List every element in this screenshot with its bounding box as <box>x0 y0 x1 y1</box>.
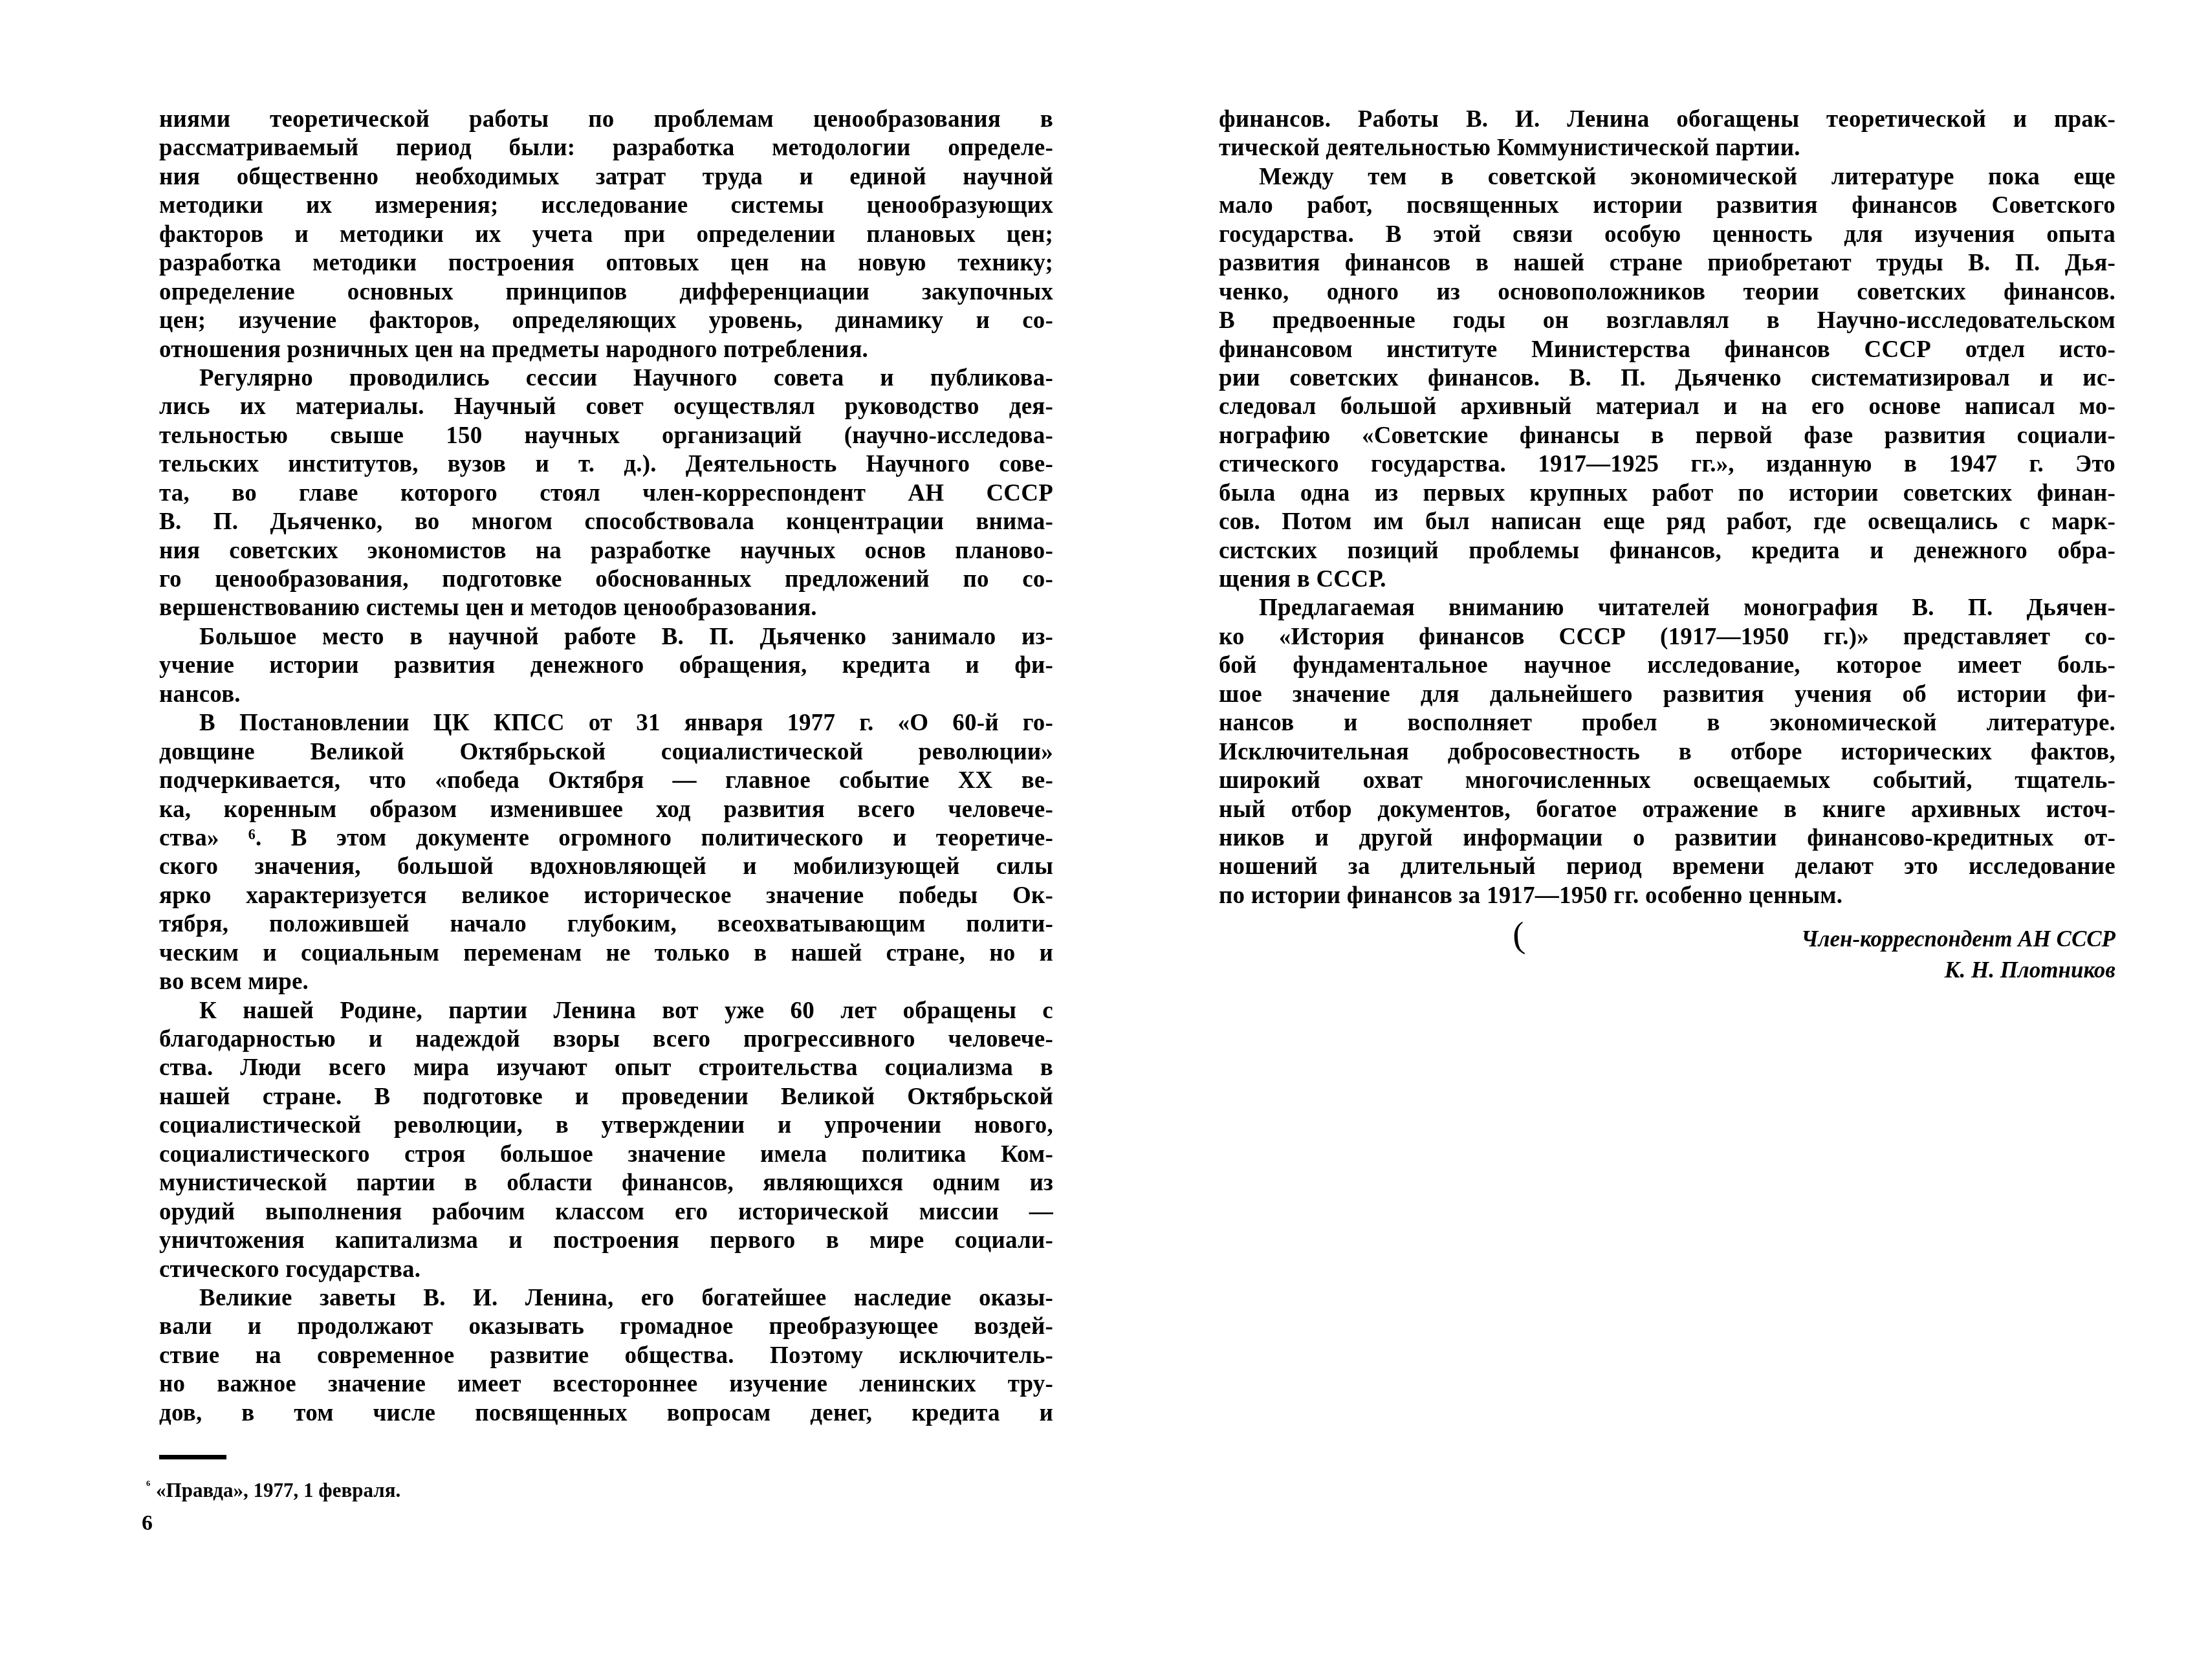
text-line: государства. В этой связи особую ценност… <box>1219 221 2115 249</box>
text-line: бой фундаментальное научное исследование… <box>1219 651 2115 680</box>
text-line: В предвоенные годы он возглавлял в Научн… <box>1219 307 2115 335</box>
text-line: ярко характеризуется великое историческо… <box>159 882 1053 910</box>
text-line: ка, коренным образом изменившее ход разв… <box>159 796 1053 824</box>
text-line: уничтожения капитализма и построения пер… <box>159 1227 1053 1255</box>
text-line: мало работ, посвященных истории развития… <box>1219 191 2115 220</box>
footnote: ⁶ «Правда», 1977, 1 февраля. <box>146 1472 987 1503</box>
text-line: довщине Великой Октябрьской социалистиче… <box>159 738 1053 767</box>
text-line: вали и продолжают оказывать громадное пр… <box>159 1313 1053 1341</box>
text-line: ствие на современное развитие общества. … <box>159 1342 1053 1370</box>
text-line: социалистического строя большое значение… <box>159 1140 1053 1169</box>
text-line: го ценообразования, подготовке обоснован… <box>159 565 1053 594</box>
footnote-marker: ⁶ <box>146 1478 151 1493</box>
text-line: стического государства. <box>159 1256 1053 1284</box>
text-line: нансов и восполняет пробел в экономическ… <box>1219 709 2115 737</box>
text-line: В. П. Дьяченко, во многом способствовала… <box>159 508 1053 536</box>
text-line: К нашей Родине, партии Ленина вот уже 60… <box>159 997 1053 1025</box>
text-line: методики их измерения; исследование сист… <box>159 191 1053 220</box>
text-line: тической деятельностью Коммунистической … <box>1219 134 2115 162</box>
text-line: широкий охват многочисленных освещаемых … <box>1219 767 2115 795</box>
footnote-separator <box>159 1455 226 1459</box>
text-line: Предлагаемая вниманию читателей монограф… <box>1219 594 2115 622</box>
right-page-text: финансов. Работы В. И. Ленина обогащены … <box>1219 105 2115 910</box>
text-line: ского значения, большой вдохновляющей и … <box>159 853 1053 881</box>
text-line: Исключительная добросовестность в отборе… <box>1219 738 2115 767</box>
text-line: социалистической революции, в утверждени… <box>159 1111 1053 1140</box>
text-line: шое значение для дальнейшего развития уч… <box>1219 681 2115 709</box>
left-page-text: ниями теоретической работы по проблемам … <box>159 105 1053 1428</box>
text-line: ния общественно необходимых затрат труда… <box>159 163 1053 191</box>
text-line: систских позиций проблемы финансов, кред… <box>1219 537 2115 565</box>
text-line: рассматриваемый период были: разработка … <box>159 134 1053 162</box>
text-line: благодарностью и надеждой взоры всего пр… <box>159 1025 1053 1054</box>
text-line: Великие заветы В. И. Ленина, его богатей… <box>159 1284 1053 1313</box>
text-line: дов, в том числе посвященных вопросам де… <box>159 1399 1053 1428</box>
text-line: ников и другой информации о развитии фин… <box>1219 824 2115 853</box>
text-line: мунистической партии в области финансов,… <box>159 1169 1053 1197</box>
text-line: ный отбор документов, богатое отражение … <box>1219 796 2115 824</box>
text-line: ченко, одного из основоположников теории… <box>1219 278 2115 307</box>
text-line: ко «История финансов СССР (1917—1950 гг.… <box>1219 623 2115 651</box>
text-line: учение истории развития денежного обраще… <box>159 651 1053 680</box>
text-line: следовал большой архивный материал и на … <box>1219 393 2115 421</box>
text-line: Большое место в научной работе В. П. Дья… <box>159 623 1053 651</box>
text-line: финансов. Работы В. И. Ленина обогащены … <box>1219 105 2115 134</box>
text-line: та, во главе которого стоял член-корресп… <box>159 479 1053 508</box>
text-line: В Постановлении ЦК КПСС от 31 января 197… <box>159 709 1053 737</box>
text-line: Регулярно проводились сессии Научного со… <box>159 364 1053 393</box>
signature-block: Член-корреспондент АН СССР К. Н. Плотник… <box>1219 924 2115 986</box>
text-line: вершенствованию системы цен и методов це… <box>159 594 1053 622</box>
text-line: ческим и социальным переменам не только … <box>159 939 1053 968</box>
text-line: щения в СССР. <box>1219 565 2115 594</box>
signature-name: К. Н. Плотников <box>1219 955 2115 986</box>
text-line: рии советских финансов. В. П. Дьяченко с… <box>1219 364 2115 393</box>
text-line: ства. Люди всего мира изучают опыт строи… <box>159 1054 1053 1082</box>
text-line: по истории финансов за 1917—1950 гг. осо… <box>1219 882 2115 910</box>
text-line: ниями теоретической работы по проблемам … <box>159 105 1053 134</box>
book-spread-scan: ниями теоретической работы по проблемам … <box>0 0 2186 1680</box>
text-line: определение основных принципов дифференц… <box>159 278 1053 307</box>
text-line: сов. Потом им был написан еще ряд работ,… <box>1219 508 2115 536</box>
text-line: финансовом институте Министерства финанс… <box>1219 336 2115 364</box>
text-line: ния советских экономистов на разработке … <box>159 537 1053 565</box>
text-line: ношений за длительный период времени дел… <box>1219 853 2115 881</box>
text-line: отношения розничных цен на предметы наро… <box>159 336 1053 364</box>
text-line: ства» ⁶. В этом документе огромного поли… <box>159 824 1053 853</box>
text-line: лись их материалы. Научный совет осущест… <box>159 393 1053 421</box>
footnote-text: «Правда», 1977, 1 февраля. <box>156 1479 400 1501</box>
text-line: подчеркивается, что «победа Октября — гл… <box>159 767 1053 795</box>
text-line: орудий выполнения рабочим классом его ис… <box>159 1198 1053 1227</box>
text-line: тельностью свыше 150 научных организаций… <box>159 422 1053 450</box>
text-line: факторов и методики их учета при определ… <box>159 221 1053 249</box>
signature-title: Член-корреспондент АН СССР <box>1219 924 2115 955</box>
page-number: 6 <box>142 1511 153 1536</box>
text-line: развития финансов в нашей стране приобре… <box>1219 249 2115 278</box>
text-line: нансов. <box>159 681 1053 709</box>
text-line: Между тем в советской экономической лите… <box>1219 163 2115 191</box>
text-line: разработка методики построения оптовых ц… <box>159 249 1053 278</box>
text-line: но важное значение имеет всестороннее из… <box>159 1370 1053 1399</box>
text-line: во всем мире. <box>159 968 1053 996</box>
text-line: стического государства. 1917—1925 гг.», … <box>1219 450 2115 479</box>
text-line: тельских институтов, вузов и т. д.). Дея… <box>159 450 1053 479</box>
text-line: цен; изучение факторов, определяющих уро… <box>159 307 1053 335</box>
text-line: была одна из первых крупных работ по ист… <box>1219 479 2115 508</box>
text-line: нографию «Советские финансы в первой фаз… <box>1219 422 2115 450</box>
text-line: нашей стране. В подготовке и проведении … <box>159 1083 1053 1111</box>
text-line: тября, положившей начало глубоким, всеох… <box>159 910 1053 939</box>
